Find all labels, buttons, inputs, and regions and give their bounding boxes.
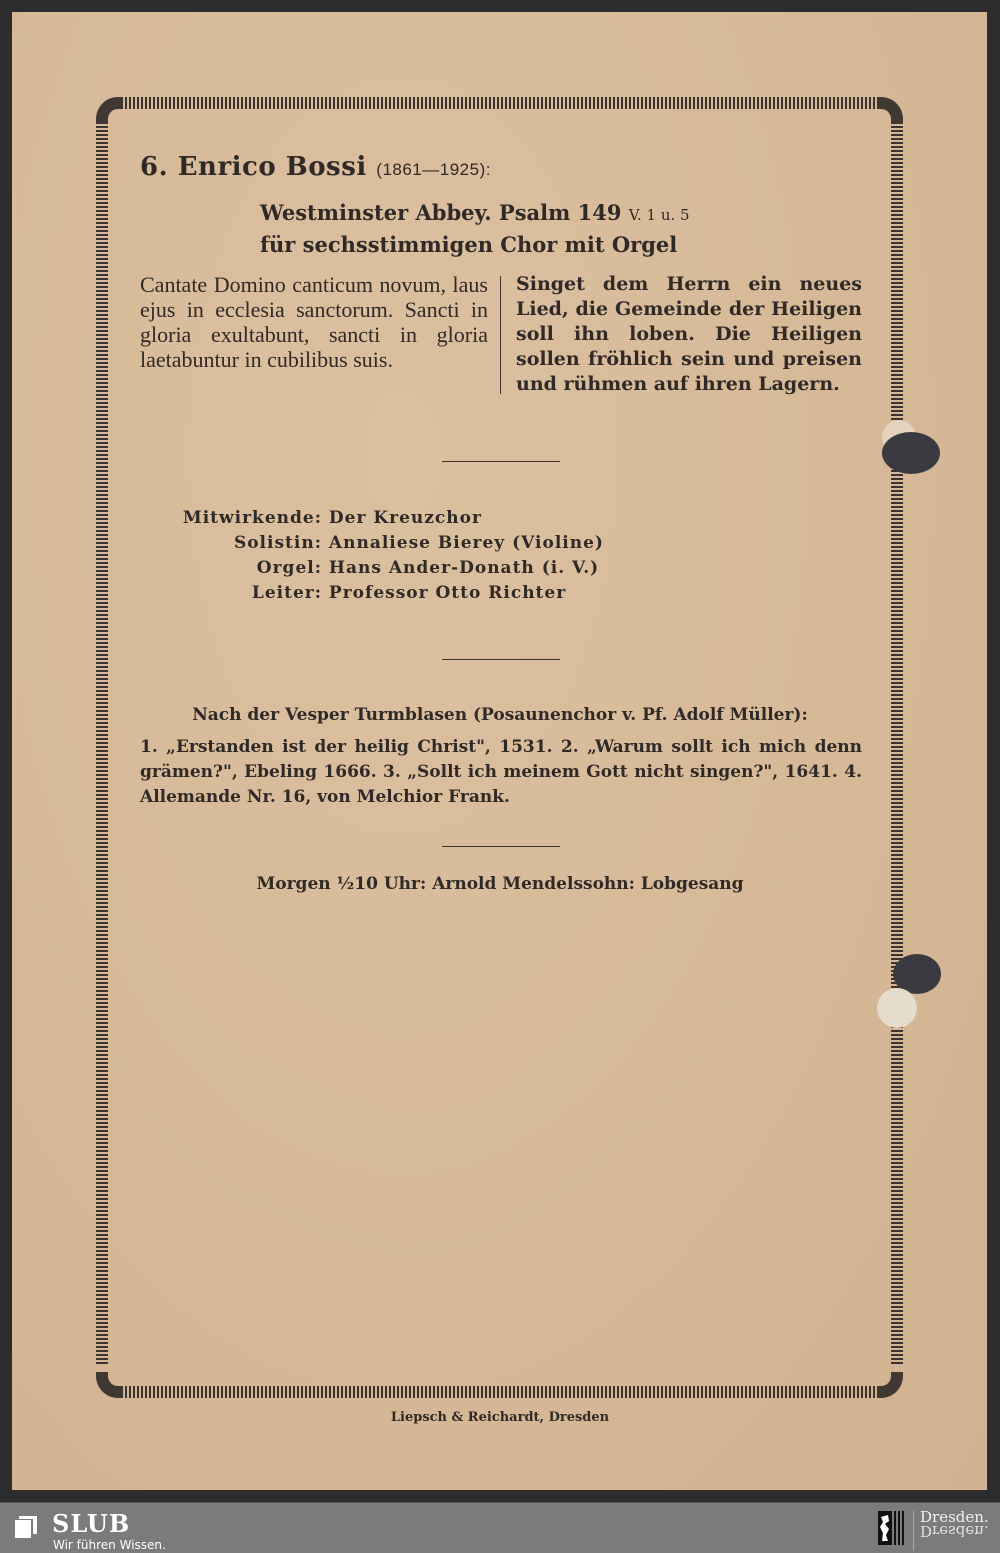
performers-list: Mitwirkende: Der Kreuzchor Solistin: Ann…	[140, 506, 660, 606]
composer-dates: (1861—1925):	[376, 160, 491, 179]
work-scoring: für sechsstimmigen Chor mit Orgel	[260, 230, 690, 260]
vesper-items: 1. „Erstanden ist der heilig Christ", 15…	[140, 735, 862, 810]
credit-value: Professor Otto Richter	[329, 583, 566, 603]
frame-left	[96, 118, 108, 1366]
dresden-logo[interactable]: Dresden. Dresden.	[920, 1511, 989, 1537]
divider-rule-3	[442, 846, 560, 847]
frame-right	[891, 118, 903, 1366]
credit-label: Solistin:	[100, 531, 322, 556]
dresden-wordmark-reflection: Dresden.	[920, 1524, 989, 1537]
item-number: 6.	[140, 152, 168, 182]
footer-bar: SLUB Wir führen Wissen. Dresden. Dresden…	[0, 1502, 1000, 1553]
divider-rule-2	[442, 659, 560, 660]
column-divider	[500, 276, 501, 394]
next-concert: Morgen ½10 Uhr: Arnold Mendelssohn: Lobg…	[140, 874, 860, 894]
frame-bottom	[117, 1386, 883, 1398]
composer-name: Enrico Bossi	[178, 152, 367, 182]
credit-value: Der Kreuzchor	[329, 508, 482, 528]
credit-value: Annaliese Bierey (Violine)	[329, 533, 604, 553]
footer-divider	[913, 1511, 914, 1551]
slub-tagline: Wir führen Wissen.	[53, 1538, 166, 1552]
dresden-crest-icon	[878, 1511, 904, 1545]
credit-row: Orgel: Hans Ander-Donath (i. V.)	[100, 556, 660, 581]
credit-label: Leiter:	[100, 581, 322, 606]
printer-credit: Liepsch & Reichardt, Dresden	[140, 1410, 860, 1425]
german-text: Singet dem Herrn ein neues Lied, die Gem…	[516, 272, 862, 397]
latin-text: Cantate Domino canticum novum, laus ejus…	[140, 272, 488, 372]
slub-book-icon	[13, 1515, 39, 1539]
credit-label: Mitwirkende:	[100, 506, 322, 531]
punch-hole-light-2	[877, 988, 917, 1028]
credit-value: Hans Ander-Donath (i. V.)	[329, 558, 599, 578]
punch-hole-dark	[882, 432, 940, 474]
vesper-heading: Nach der Vesper Turmblasen (Posaunenchor…	[140, 705, 860, 725]
slub-logo[interactable]: SLUB	[52, 1509, 130, 1538]
divider-rule-1	[442, 461, 560, 462]
work-heading: Westminster Abbey. Psalm 149 V. 1 u. 5 f…	[260, 198, 690, 260]
frame-top	[117, 97, 883, 109]
work-verse: V. 1 u. 5	[629, 206, 690, 224]
next-concert-work: Arnold Mendelssohn: Lobgesang	[432, 874, 743, 894]
work-title: Westminster Abbey. Psalm 149	[260, 200, 621, 225]
credit-label: Orgel:	[100, 556, 322, 581]
credit-row: Solistin: Annaliese Bierey (Violine)	[100, 531, 660, 556]
credit-row: Leiter: Professor Otto Richter	[100, 581, 660, 606]
piece-title: 6. Enrico Bossi (1861—1925):	[140, 152, 491, 182]
next-concert-time: Morgen ½10 Uhr:	[256, 874, 426, 894]
credit-row: Mitwirkende: Der Kreuzchor	[100, 506, 660, 531]
